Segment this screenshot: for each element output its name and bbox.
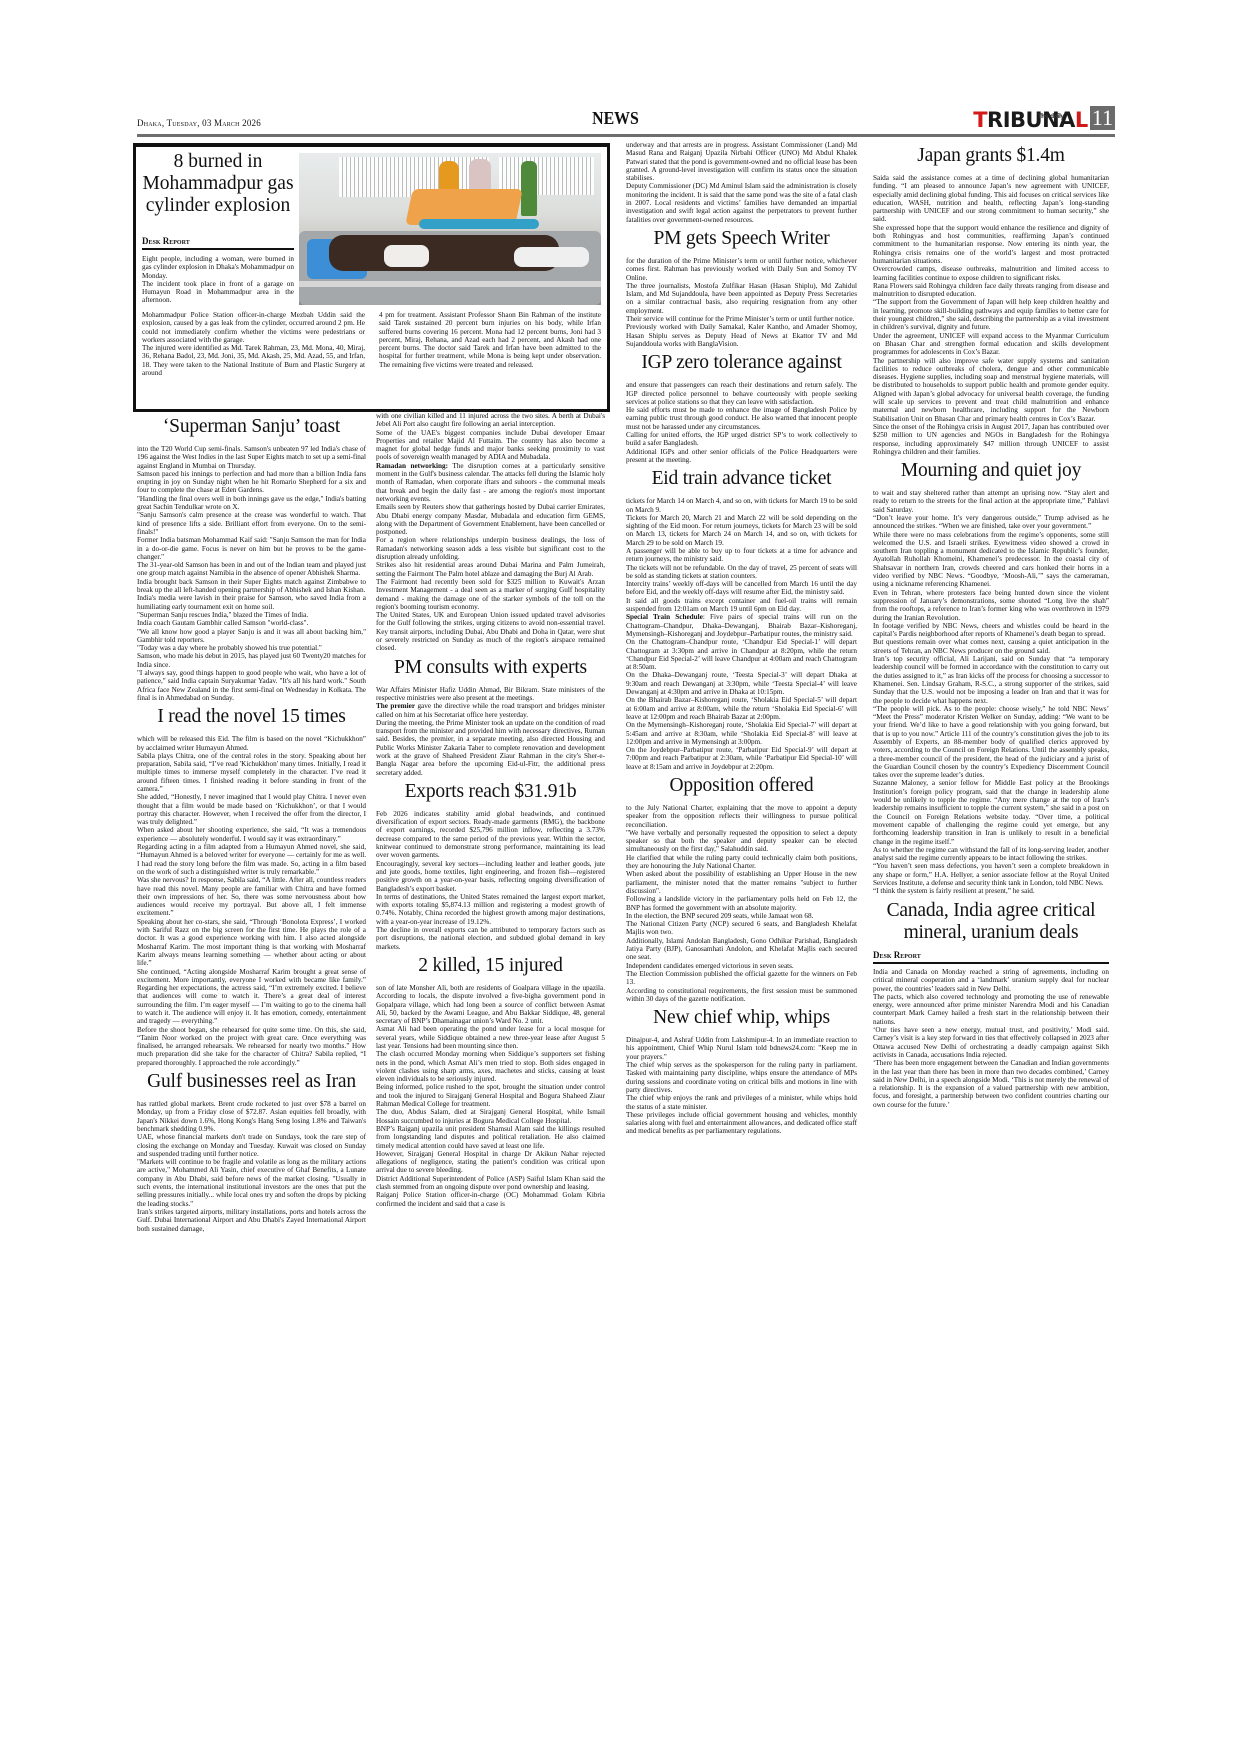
article-paragraph: When asked about the possibility of esta… <box>626 870 857 895</box>
article-paragraph: The National Citizen Party (NCP) secured… <box>626 920 857 937</box>
logo-wordmark: TRIBUNAL The daily <box>973 110 1088 130</box>
article-paragraph: to the July National Charter, explaining… <box>626 804 857 829</box>
lead-photo <box>299 153 601 305</box>
article-paragraph: He clarified that while the ruling party… <box>626 854 857 871</box>
article-paragraph: Iran's strikes targeted airports, milita… <box>137 1208 366 1233</box>
lead-paragraph: The injured were identified as Md. Tarek… <box>142 344 365 377</box>
article-paragraph: As to whether the regime can withstand t… <box>873 846 1109 863</box>
article-paragraph: The premier gave the directive while the… <box>376 702 605 719</box>
headline-killed: 2 killed, 15 injured <box>376 955 605 977</box>
article-paragraph: BNP’s Raiganj upazila unit president Sha… <box>376 1125 605 1150</box>
article-paragraph: The Election Commission published the of… <box>626 970 857 987</box>
lead-byline-wrap: Desk Report <box>142 237 294 254</box>
canada-byline: Desk Report <box>873 951 1109 964</box>
article-paragraph: However, Sirajganj General Hospital in c… <box>376 1150 605 1175</box>
article-paragraph: In footage verified by NBC News, cheers … <box>873 622 1109 639</box>
article-paragraph: Saida said the assistance comes at a tim… <box>873 174 1109 224</box>
article-paragraph: Deputy Commissioner (DC) Md Aminul Islam… <box>626 182 857 223</box>
headline-opposition: Opposition offered <box>626 775 857 797</box>
article-paragraph: tickets for March 14 on March 4, and so … <box>626 497 857 514</box>
lead-text-col3: 4 pm for treatment. Assistant Professor … <box>379 311 601 369</box>
headline-speech-writer: PM gets Speech Writer <box>626 228 857 250</box>
article-paragraph: The tickets will not be refundable. On t… <box>626 564 857 581</box>
article-paragraph: Was she nervous? In response, Sabila sai… <box>137 876 366 917</box>
article-paragraph: Before the shoot began, she rehearsed fo… <box>137 1026 366 1067</box>
article-paragraph: "Markets will continue to be fragile and… <box>137 1158 366 1208</box>
article-paragraph: Emails seen by Reuters show that gatheri… <box>376 503 605 536</box>
article-paragraph: District Additional Superintendent of Po… <box>376 1175 605 1192</box>
article-paragraph: "Sanju Samson's calm presence at the cre… <box>137 511 366 536</box>
headline-pm-experts: PM consults with experts <box>376 657 605 679</box>
article-paragraph: Some of the UAE's biggest companies incl… <box>376 429 605 462</box>
article-paragraph: underway and that arrests are in progres… <box>626 141 857 182</box>
article-paragraph: Intercity trains’ weekly off-days will b… <box>626 580 857 597</box>
article-paragraph: “You haven’t seen mass defections, you h… <box>873 862 1109 887</box>
subhead-ramadan: Ramadan networking: <box>376 462 448 470</box>
article-paragraph: ‘There has been more engagement between … <box>873 1059 1109 1109</box>
headline-canada-india: Canada, India agree critical mineral, ur… <box>873 900 1109 944</box>
article-paragraph: Feb 2026 indicates stability amid global… <box>376 810 605 860</box>
article-paragraph: During the meeting, the Prime Minister t… <box>376 719 605 777</box>
headline-novel: I read the novel 15 times <box>137 706 366 728</box>
article-paragraph: Iran’s top security official, Ali Larija… <box>873 655 1109 705</box>
article-paragraph: Former India batsman Mohammad Kaif said:… <box>137 536 366 561</box>
headline-superman-sanju: ‘Superman Sanju’ toast <box>137 416 366 438</box>
article-paragraph: "We have verbally and personally request… <box>626 829 857 854</box>
article-paragraph: The partnership will also improve safe w… <box>873 357 1109 423</box>
article-paragraph: Under the agreement, UNICEF will expand … <box>873 332 1109 357</box>
headline-japan: Japan grants $1.4m <box>873 145 1109 167</box>
article-paragraph: The decline in overall exports can be at… <box>376 926 605 951</box>
article-paragraph: War Affairs Minister Hafiz Uddin Ahmad, … <box>376 686 605 703</box>
page-number: 11 <box>1090 106 1115 130</box>
article-paragraph: For a region where relationships underpi… <box>376 536 605 561</box>
lead-paragraph: Mohammadpur Police Station officer-in-ch… <box>142 311 365 344</box>
article-paragraph: Independent candidates emerged victoriou… <box>626 962 857 970</box>
article-paragraph: Their service will continue for the Prim… <box>626 315 857 323</box>
article-paragraph: “I think the system is fairly resilient … <box>873 887 1109 895</box>
article-paragraph: son of late Monsher Ali, both are reside… <box>376 984 605 1025</box>
article-paragraph: He said efforts must be made to enhance … <box>626 406 857 431</box>
article-paragraph: India coach Gautam Gambhir called Samson… <box>137 619 366 627</box>
article-paragraph: Calling for united efforts, the IGP urge… <box>626 431 857 448</box>
article-paragraph: India's media were lavish in their prais… <box>137 594 366 611</box>
headline-eid-train: Eid train advance ticket <box>626 468 857 490</box>
article-paragraph: "We all know how good a player Sanju is … <box>137 628 366 645</box>
header-rule <box>137 134 1115 137</box>
article-paragraph: But questions remain over what comes nex… <box>873 638 1109 655</box>
article-paragraph: The three journalists, Mostofa Zulfikar … <box>626 282 857 315</box>
section-title: NEWS <box>592 108 639 129</box>
article-paragraph: into the T20 World Cup semi-finals. Sams… <box>137 445 366 470</box>
headline-exports: Exports reach $31.91b <box>376 781 605 803</box>
article-paragraph: “The people will pick. As to the people:… <box>873 705 1109 780</box>
article-paragraph: Regarding acting in a film adapted from … <box>137 843 366 876</box>
column-4: Japan grants $1.4m Saida said the assist… <box>873 141 1109 1109</box>
article-paragraph: The Fairmont had recently been sold for … <box>376 578 605 611</box>
article-paragraph: ‘Our ties have seen a new energy, mutual… <box>873 1026 1109 1059</box>
article-paragraph: On the Joydebpur–Parbatipur route, ‘Parb… <box>626 746 857 771</box>
article-paragraph: which will be released this Eid. The fil… <box>137 735 366 752</box>
article-paragraph: "I always say, good things happen to goo… <box>137 669 366 702</box>
dateline: Dhaka, Tuesday, 03 March 2026 <box>137 118 261 128</box>
article-paragraph: Sabila plays Chitra, one of the central … <box>137 752 366 793</box>
headline-mourning: Mourning and quiet joy <box>873 460 1109 482</box>
column-1: ‘Superman Sanju’ toast into the T20 Worl… <box>137 412 366 1233</box>
article-paragraph: Additionally, Islami Andolan Bangladesh,… <box>626 937 857 962</box>
article-paragraph: Asmat Ali had been operating the pond un… <box>376 1025 605 1050</box>
article-paragraph: UAE, whose financial markets don't trade… <box>137 1133 366 1158</box>
article-paragraph: The United States, UK and European Union… <box>376 611 605 652</box>
article-paragraph: Following a landslide victory in the par… <box>626 895 857 912</box>
article-paragraph: "Today was a day where he probably showe… <box>137 644 366 652</box>
article-paragraph: has rattled global markets. Brent crude … <box>137 1100 366 1133</box>
article-paragraph: Being informed, police rushed to the spo… <box>376 1083 605 1108</box>
tribune-logo: TRIBUNAL The daily 11 <box>973 104 1115 130</box>
article-paragraph: Rana Flowers said Rohingya children face… <box>873 282 1109 299</box>
article-paragraph: Dinajpur-4, and Ashraf Uddin from Lakshm… <box>626 1036 857 1061</box>
article-paragraph: The duo, Abdus Salam, died at Sirajganj … <box>376 1108 605 1125</box>
headline-igp: IGP zero tolerance against <box>626 352 857 374</box>
column-2: with one civilian killed and 11 injured … <box>376 412 605 1208</box>
article-paragraph: Samson, who made his debut in 2015, has … <box>137 652 366 669</box>
lead-story-box: 8 burned in Mohammadpur gas cylinder exp… <box>133 143 610 412</box>
article-paragraph: The pacts, which also covered technology… <box>873 993 1109 1026</box>
lead-text-col2: Mohammadpur Police Station officer-in-ch… <box>142 311 365 377</box>
article-paragraph: Overcrowded camps, disease outbreaks, ma… <box>873 265 1109 282</box>
article-paragraph: On the Bhairab Bazar–Kishoreganj route, … <box>626 696 857 721</box>
article-paragraph: to wait and stay sheltered rather than a… <box>873 489 1109 514</box>
article-paragraph: Special Train Schedule: Five pairs of sp… <box>626 613 857 638</box>
article-paragraph: India and Canada on Monday reached a str… <box>873 968 1109 993</box>
article-paragraph: Additional IGPs and other senior officia… <box>626 448 857 465</box>
lead-text-col1: Eight people, including a woman, were bu… <box>142 255 294 305</box>
article-paragraph: Strikes also hit residential areas aroun… <box>376 561 605 578</box>
article-paragraph: On the Mymensingh–Kishoreganj route, ‘Sh… <box>626 721 857 746</box>
lead-paragraph: The incident took place in front of a ga… <box>142 280 294 305</box>
article-paragraph: She added, “Honestly, I never imagined t… <box>137 793 366 826</box>
article-paragraph: The chief whip serves as the spokesperso… <box>626 1061 857 1094</box>
lead-paragraph: 4 pm for treatment. Assistant Professor … <box>379 311 601 369</box>
article-paragraph: When asked about her shooting experience… <box>137 826 366 843</box>
article-paragraph: Samson paced his innings to perfection a… <box>137 470 366 495</box>
article-paragraph: Raiganj Police Station officer-in-charge… <box>376 1191 605 1208</box>
article-paragraph: It said all goods trains except containe… <box>626 597 857 614</box>
headline-gulf: Gulf businesses reel as Iran <box>137 1071 366 1093</box>
article-paragraph: The 31-year-old Samson has been in and o… <box>137 561 366 578</box>
article-paragraph: She continued, “Acting alongside Mosharr… <box>137 968 366 1026</box>
article-paragraph: In the election, the BNP secured 209 sea… <box>626 912 857 920</box>
article-paragraph: Since the onset of the Rohingya crisis i… <box>873 423 1109 456</box>
article-paragraph: On the Chattogram–Chandpur route, ‘Chand… <box>626 638 857 671</box>
article-paragraph: Previously worked with Daily Samakal, Ka… <box>626 323 857 348</box>
lead-headline: 8 burned in Mohammadpur gas cylinder exp… <box>142 151 294 217</box>
subhead-special-train: Special Train Schedule <box>626 613 703 621</box>
article-paragraph: On the Dhaka–Dewanganj route, ‘Teesta Sp… <box>626 671 857 696</box>
article-paragraph: Suzanne Maloney, a senior fellow for Mid… <box>873 779 1109 845</box>
masthead: Dhaka, Tuesday, 03 March 2026 NEWS TRIBU… <box>137 104 1115 134</box>
article-paragraph: The chief whip enjoys the rank and privi… <box>626 1094 857 1111</box>
article-paragraph: Ramadan networking: The disruption comes… <box>376 462 605 503</box>
article-paragraph: In terms of destinations, the United Sta… <box>376 893 605 926</box>
article-paragraph: Tickets for March 20, March 21 and March… <box>626 514 857 547</box>
headline-chief-whip: New chief whip, whips <box>626 1007 857 1029</box>
article-paragraph: She expressed hope that the support woul… <box>873 224 1109 265</box>
article-paragraph: Speaking about her co-stars, she said, “… <box>137 918 366 968</box>
logo-tagline: The daily <box>1037 107 1063 127</box>
article-paragraph: While there were no mass celebrations fr… <box>873 531 1109 589</box>
article-paragraph: Even in Tehran, where protesters face be… <box>873 589 1109 622</box>
article-paragraph: India brought back Samson in their Super… <box>137 578 366 595</box>
article-paragraph: “The support from the Government of Japa… <box>873 298 1109 331</box>
article-paragraph: According to constitutional requirements… <box>626 987 857 1004</box>
article-paragraph: and ensure that passengers can reach the… <box>626 381 857 406</box>
article-paragraph: “Don’t leave your home. It’s very danger… <box>873 514 1109 531</box>
article-paragraph: with one civilian killed and 11 injured … <box>376 412 605 429</box>
article-paragraph: The clash occurred Monday morning when S… <box>376 1050 605 1083</box>
article-paragraph: for the duration of the Prime Minister’s… <box>626 257 857 282</box>
article-paragraph: "Superman Sanju rescues India," blazed t… <box>137 611 366 619</box>
lead-byline: Desk Report <box>142 237 294 250</box>
lead-paragraph: Eight people, including a woman, were bu… <box>142 255 294 280</box>
article-paragraph: A passenger will be able to buy up to fo… <box>626 547 857 564</box>
article-paragraph: These privileges include official govern… <box>626 1111 857 1136</box>
article-paragraph: "Handling the final overs well in both i… <box>137 495 366 512</box>
article-paragraph: Encouragingly, several key sectors—inclu… <box>376 860 605 893</box>
column-3: underway and that arrests are in progres… <box>626 141 857 1136</box>
